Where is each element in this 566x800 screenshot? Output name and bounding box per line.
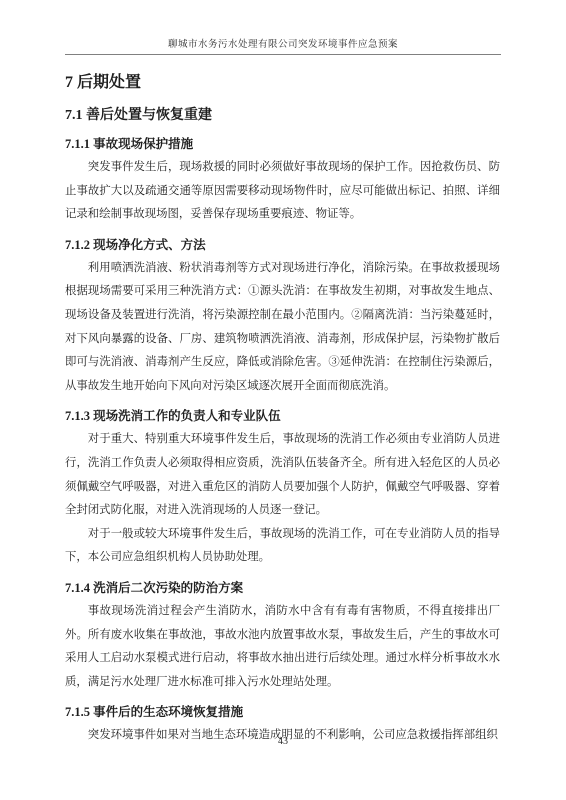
page-header-title: 聊城市水务污水处理有限公司突发环境事件应急预案 — [65, 0, 501, 50]
document-page: 聊城市水务污水处理有限公司突发环境事件应急预案 7 后期处置 7.1 善后处置与… — [0, 0, 566, 800]
section-7-1-1: 7.1.1 事故现场保护措施 突发事件发生后，现场救援的同时必须做好事故现场的保… — [65, 135, 500, 227]
paragraph: 对于一般或较大环境事件发生后，事故现场的洗消工作，可在专业消防人员的指导下，本公… — [65, 523, 500, 570]
section-7-1-2: 7.1.2 现场净化方式、方法 利用喷洒洗消液、粉状消毒剂等方式对现场进行净化，… — [65, 236, 500, 399]
paragraph: 事故现场洗消过程会产生消防水，消防水中含有有毒有害物质，不得直接排出厂外。所有废… — [65, 600, 500, 694]
paragraph: 利用喷洒洗消液、粉状消毒剂等方式对现场进行净化，消除污染。在事故救援现场根据现场… — [65, 257, 500, 399]
subsection-heading: 7.1.5 事件后的生态环境恢复措施 — [65, 703, 500, 721]
section-title: 7.1 善后处置与恢复重建 — [65, 106, 500, 126]
header-rule — [65, 54, 501, 55]
document-content: 7 后期处置 7.1 善后处置与恢复重建 7.1.1 事故现场保护措施 突发事件… — [65, 72, 500, 748]
section-7-1-3: 7.1.3 现场洗消工作的负责人和专业队伍 对于重大、特别重大环境事件发生后，事… — [65, 407, 500, 570]
subsection-heading: 7.1.3 现场洗消工作的负责人和专业队伍 — [65, 407, 500, 425]
subsection-heading: 7.1.2 现场净化方式、方法 — [65, 236, 500, 254]
subsection-heading: 7.1.4 洗消后二次污染的防治方案 — [65, 579, 500, 597]
paragraph: 突发事件发生后，现场救援的同时必须做好事故现场的保护工作。因抢救伤员、防止事故扩… — [65, 156, 500, 227]
page-number: 43 — [0, 736, 566, 747]
section-7-1-4: 7.1.4 洗消后二次污染的防治方案 事故现场洗消过程会产生消防水，消防水中含有… — [65, 579, 500, 694]
chapter-title: 7 后期处置 — [65, 72, 500, 94]
paragraph: 对于重大、特别重大环境事件发生后，事故现场的洗消工作必须由专业消防人员进行，洗消… — [65, 428, 500, 522]
subsection-heading: 7.1.1 事故现场保护措施 — [65, 135, 500, 153]
